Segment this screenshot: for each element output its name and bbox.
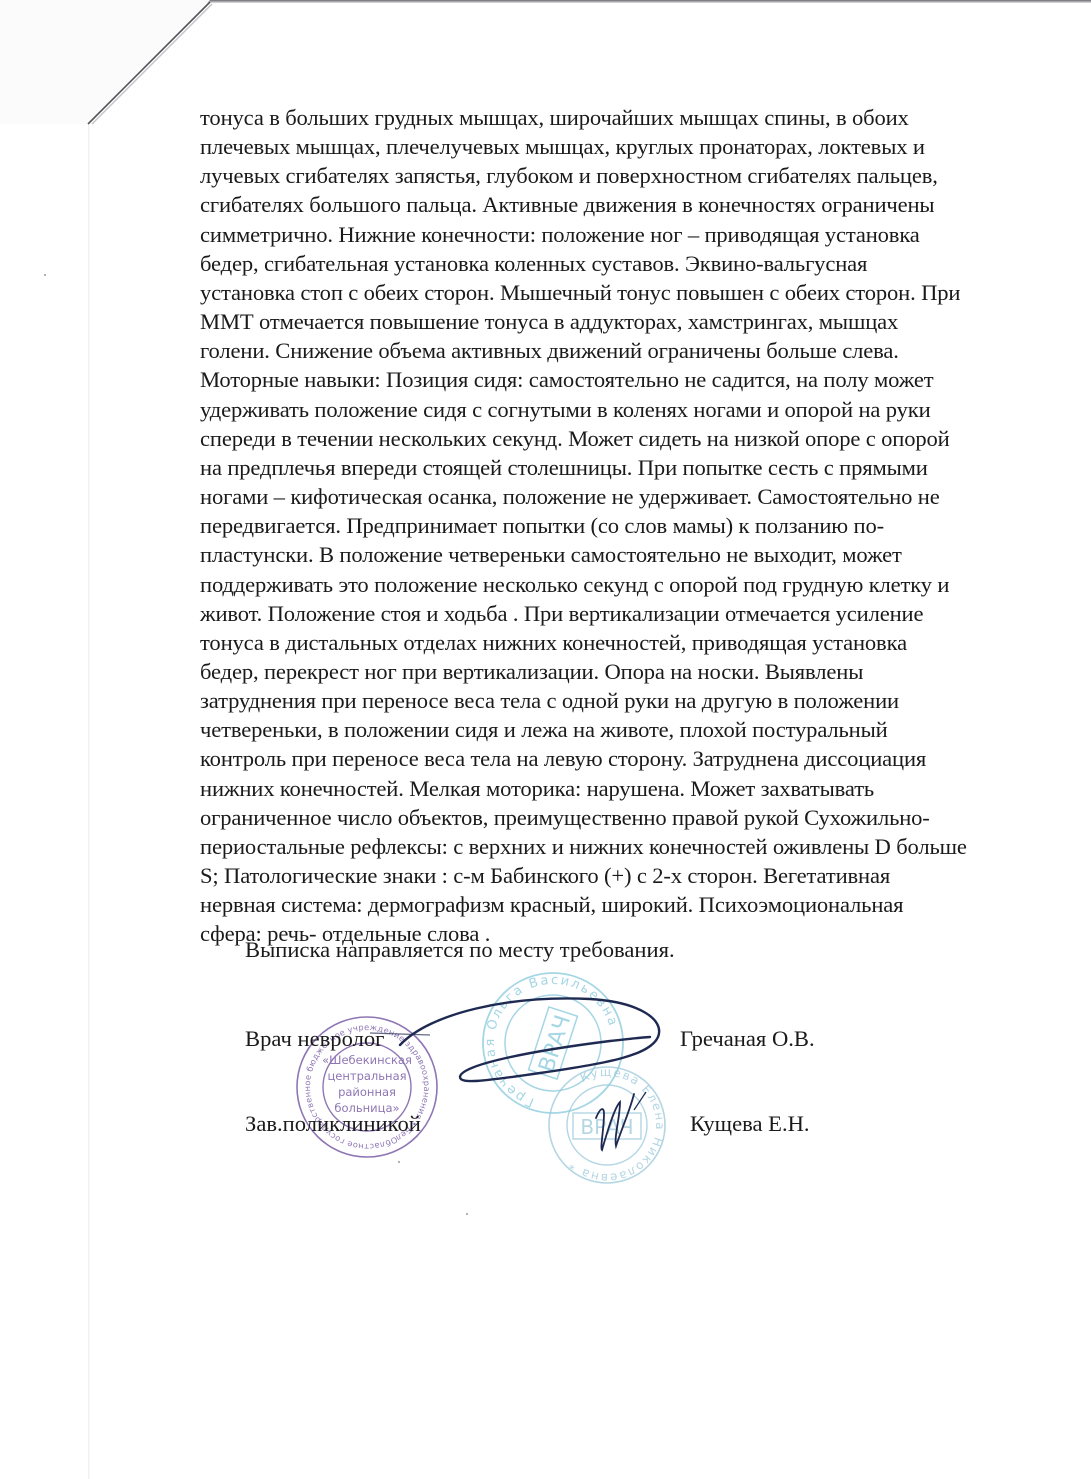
body-line: тонуса в больших грудных мышцах, широчай…	[200, 103, 1042, 132]
body-line: сгибателях большого пальца. Активные дви…	[200, 190, 1042, 219]
page-left-edge	[88, 124, 90, 1479]
document-page: тонуса в больших грудных мышцах, широчай…	[0, 0, 1091, 1479]
scan-speck	[44, 274, 46, 276]
body-line: поддерживать это положение несколько сек…	[200, 570, 1042, 599]
body-line: установка стоп с обеих сторон. Мышечный …	[200, 278, 1042, 307]
scan-speck	[398, 1161, 400, 1163]
body-line: на предплечья впереди стоящей столешницы…	[200, 453, 1042, 482]
svg-text:центральная: центральная	[327, 1069, 406, 1083]
svg-text:«Шебекинская: «Шебекинская	[322, 1053, 412, 1067]
signature-role-neurologist: Врач невролог	[245, 1026, 384, 1052]
body-line: ногами – кифотическая осанка, положение …	[200, 482, 1042, 511]
body-line: симметрично. Нижние конечности: положени…	[200, 220, 1042, 249]
body-line: тонуса в дистальных отделах нижних конеч…	[200, 628, 1042, 657]
body-line: плечевых мышцах, плечелучевых мышцах, кр…	[200, 132, 1042, 161]
body-line: передвигается. Предпринимает попытки (со…	[200, 511, 1042, 540]
scan-top-edge	[205, 0, 1091, 3]
signature-name-clinic-head: Кущева Е.Н.	[690, 1111, 810, 1137]
body-line: ограниченное число объектов, преимуществ…	[200, 803, 1042, 832]
svg-text:ВРАЧ: ВРАЧ	[580, 1115, 633, 1139]
signature-name-neurologist: Гречаная О.В.	[680, 1026, 815, 1052]
stamp-icon: ВРАЧ Кущева Елена Николаевна *	[545, 1063, 670, 1188]
body-line: четвереньки, в положении сидя и лежа на …	[200, 715, 1042, 744]
body-line: S; Патологические знаки : с-м Бабинского…	[200, 861, 1042, 890]
body-line: бедер, перекрест ног при вертикализации.…	[200, 657, 1042, 686]
body-line: затруднения при переносе веса тела с одн…	[200, 686, 1042, 715]
body-line: периостальные рефлексы: с верхних и нижн…	[200, 832, 1042, 861]
folded-corner	[0, 0, 220, 130]
body-line: спереди в течении нескольких секунд. Мож…	[200, 424, 1042, 453]
body-line: лучевых сгибателях запястья, глубоком и …	[200, 161, 1042, 190]
body-line: Моторные навыки: Позиция сидя: самостоят…	[200, 365, 1042, 394]
document-body: тонуса в больших грудных мышцах, широчай…	[200, 103, 1042, 949]
body-line: нервная система: дермографизм красный, ш…	[200, 890, 1042, 919]
closing-statement: Выписка направляется по месту требования…	[245, 937, 675, 963]
doctor-stamp-2: ВРАЧ Кущева Елена Николаевна *	[545, 1063, 670, 1188]
body-line: удерживать положение сидя с согнутыми в …	[200, 395, 1042, 424]
svg-text:районная: районная	[338, 1085, 396, 1099]
body-line: контроль при переносе веса тела на левую…	[200, 744, 1042, 773]
body-line: ММТ отмечается повышение тонуса в аддукт…	[200, 307, 1042, 336]
signature-role-clinic-head: Зав.поликлиникой	[245, 1111, 421, 1137]
body-line: пластунски. В положение четвереньки само…	[200, 540, 1042, 569]
body-line: бедер, сгибательная установка коленных с…	[200, 249, 1042, 278]
body-line: живот. Положение стоя и ходьба . При вер…	[200, 599, 1042, 628]
body-line: нижних конечностей. Мелкая моторика: нар…	[200, 774, 1042, 803]
body-line: голени. Снижение объема активных движени…	[200, 336, 1042, 365]
scan-speck	[466, 1213, 468, 1215]
